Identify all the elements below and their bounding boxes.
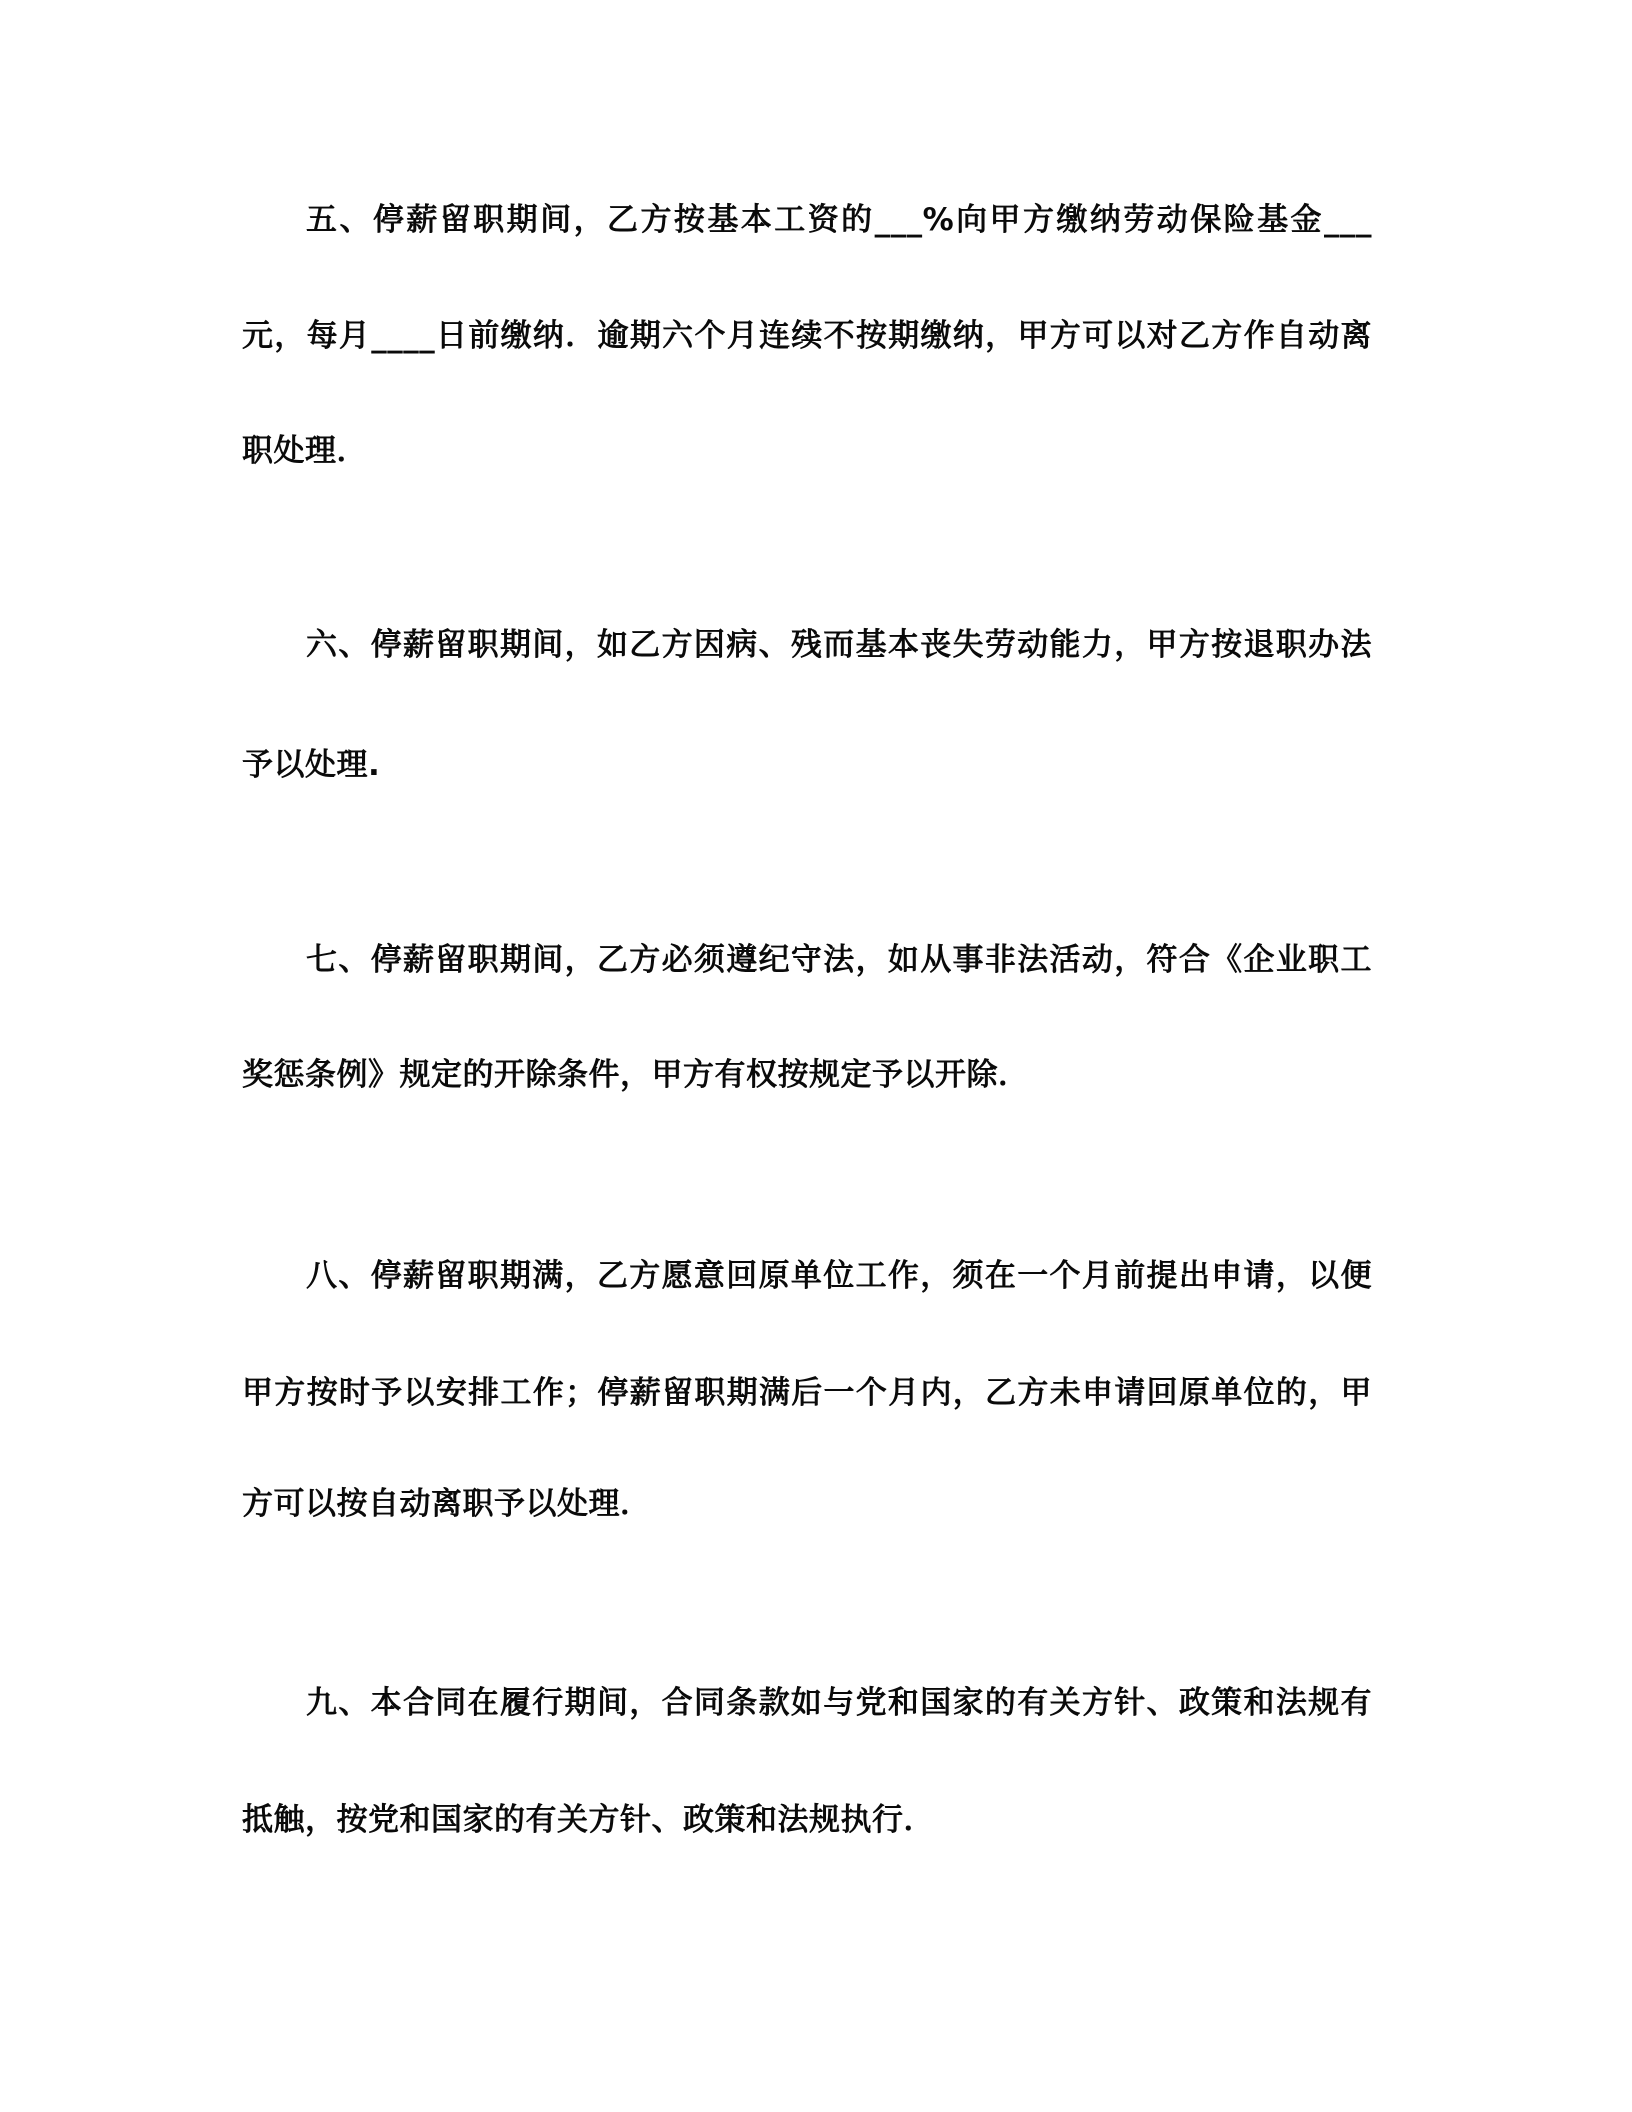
clause-7-line-2: 奖惩条例》规定的开除条件，甲方有权按规定予以开除． <box>242 1055 1372 1095</box>
clause-7-line-1: 七、停薪留职期间，乙方必须遵纪守法，如从事非法活动，符合《企业职工 <box>306 940 1372 980</box>
clause-5-line-3: 职处理． <box>242 431 1372 471</box>
clause-6-line-2: 予以处理. <box>242 745 1372 785</box>
clause-8-line-3: 方可以按自动离职予以处理． <box>242 1484 1372 1524</box>
clause-9-line-1: 九、本合同在履行期间，合同条款如与党和国家的有关方针、政策和法规有 <box>306 1683 1372 1723</box>
clause-5-line-2: 元，每月____日前缴纳．逾期六个月连续不按期缴纳，甲方可以对乙方作自动离 <box>242 316 1372 356</box>
clause-8-line-1: 八、停薪留职期满，乙方愿意回原单位工作，须在一个月前提出申请，以便 <box>306 1256 1372 1296</box>
document-page: 五、停薪留职期间，乙方按基本工资的___%向甲方缴纳劳动保险基金___ 元，每月… <box>0 0 1632 2112</box>
clause-5-line-1: 五、停薪留职期间，乙方按基本工资的___%向甲方缴纳劳动保险基金___ <box>306 200 1372 240</box>
clause-9-line-2: 抵触，按党和国家的有关方针、政策和法规执行． <box>242 1800 1372 1840</box>
clause-6-line-1: 六、停薪留职期间，如乙方因病、残而基本丧失劳动能力，甲方按退职办法 <box>306 625 1372 665</box>
clause-8-line-2: 甲方按时予以安排工作；停薪留职期满后一个月内，乙方未申请回原单位的，甲 <box>242 1373 1372 1413</box>
